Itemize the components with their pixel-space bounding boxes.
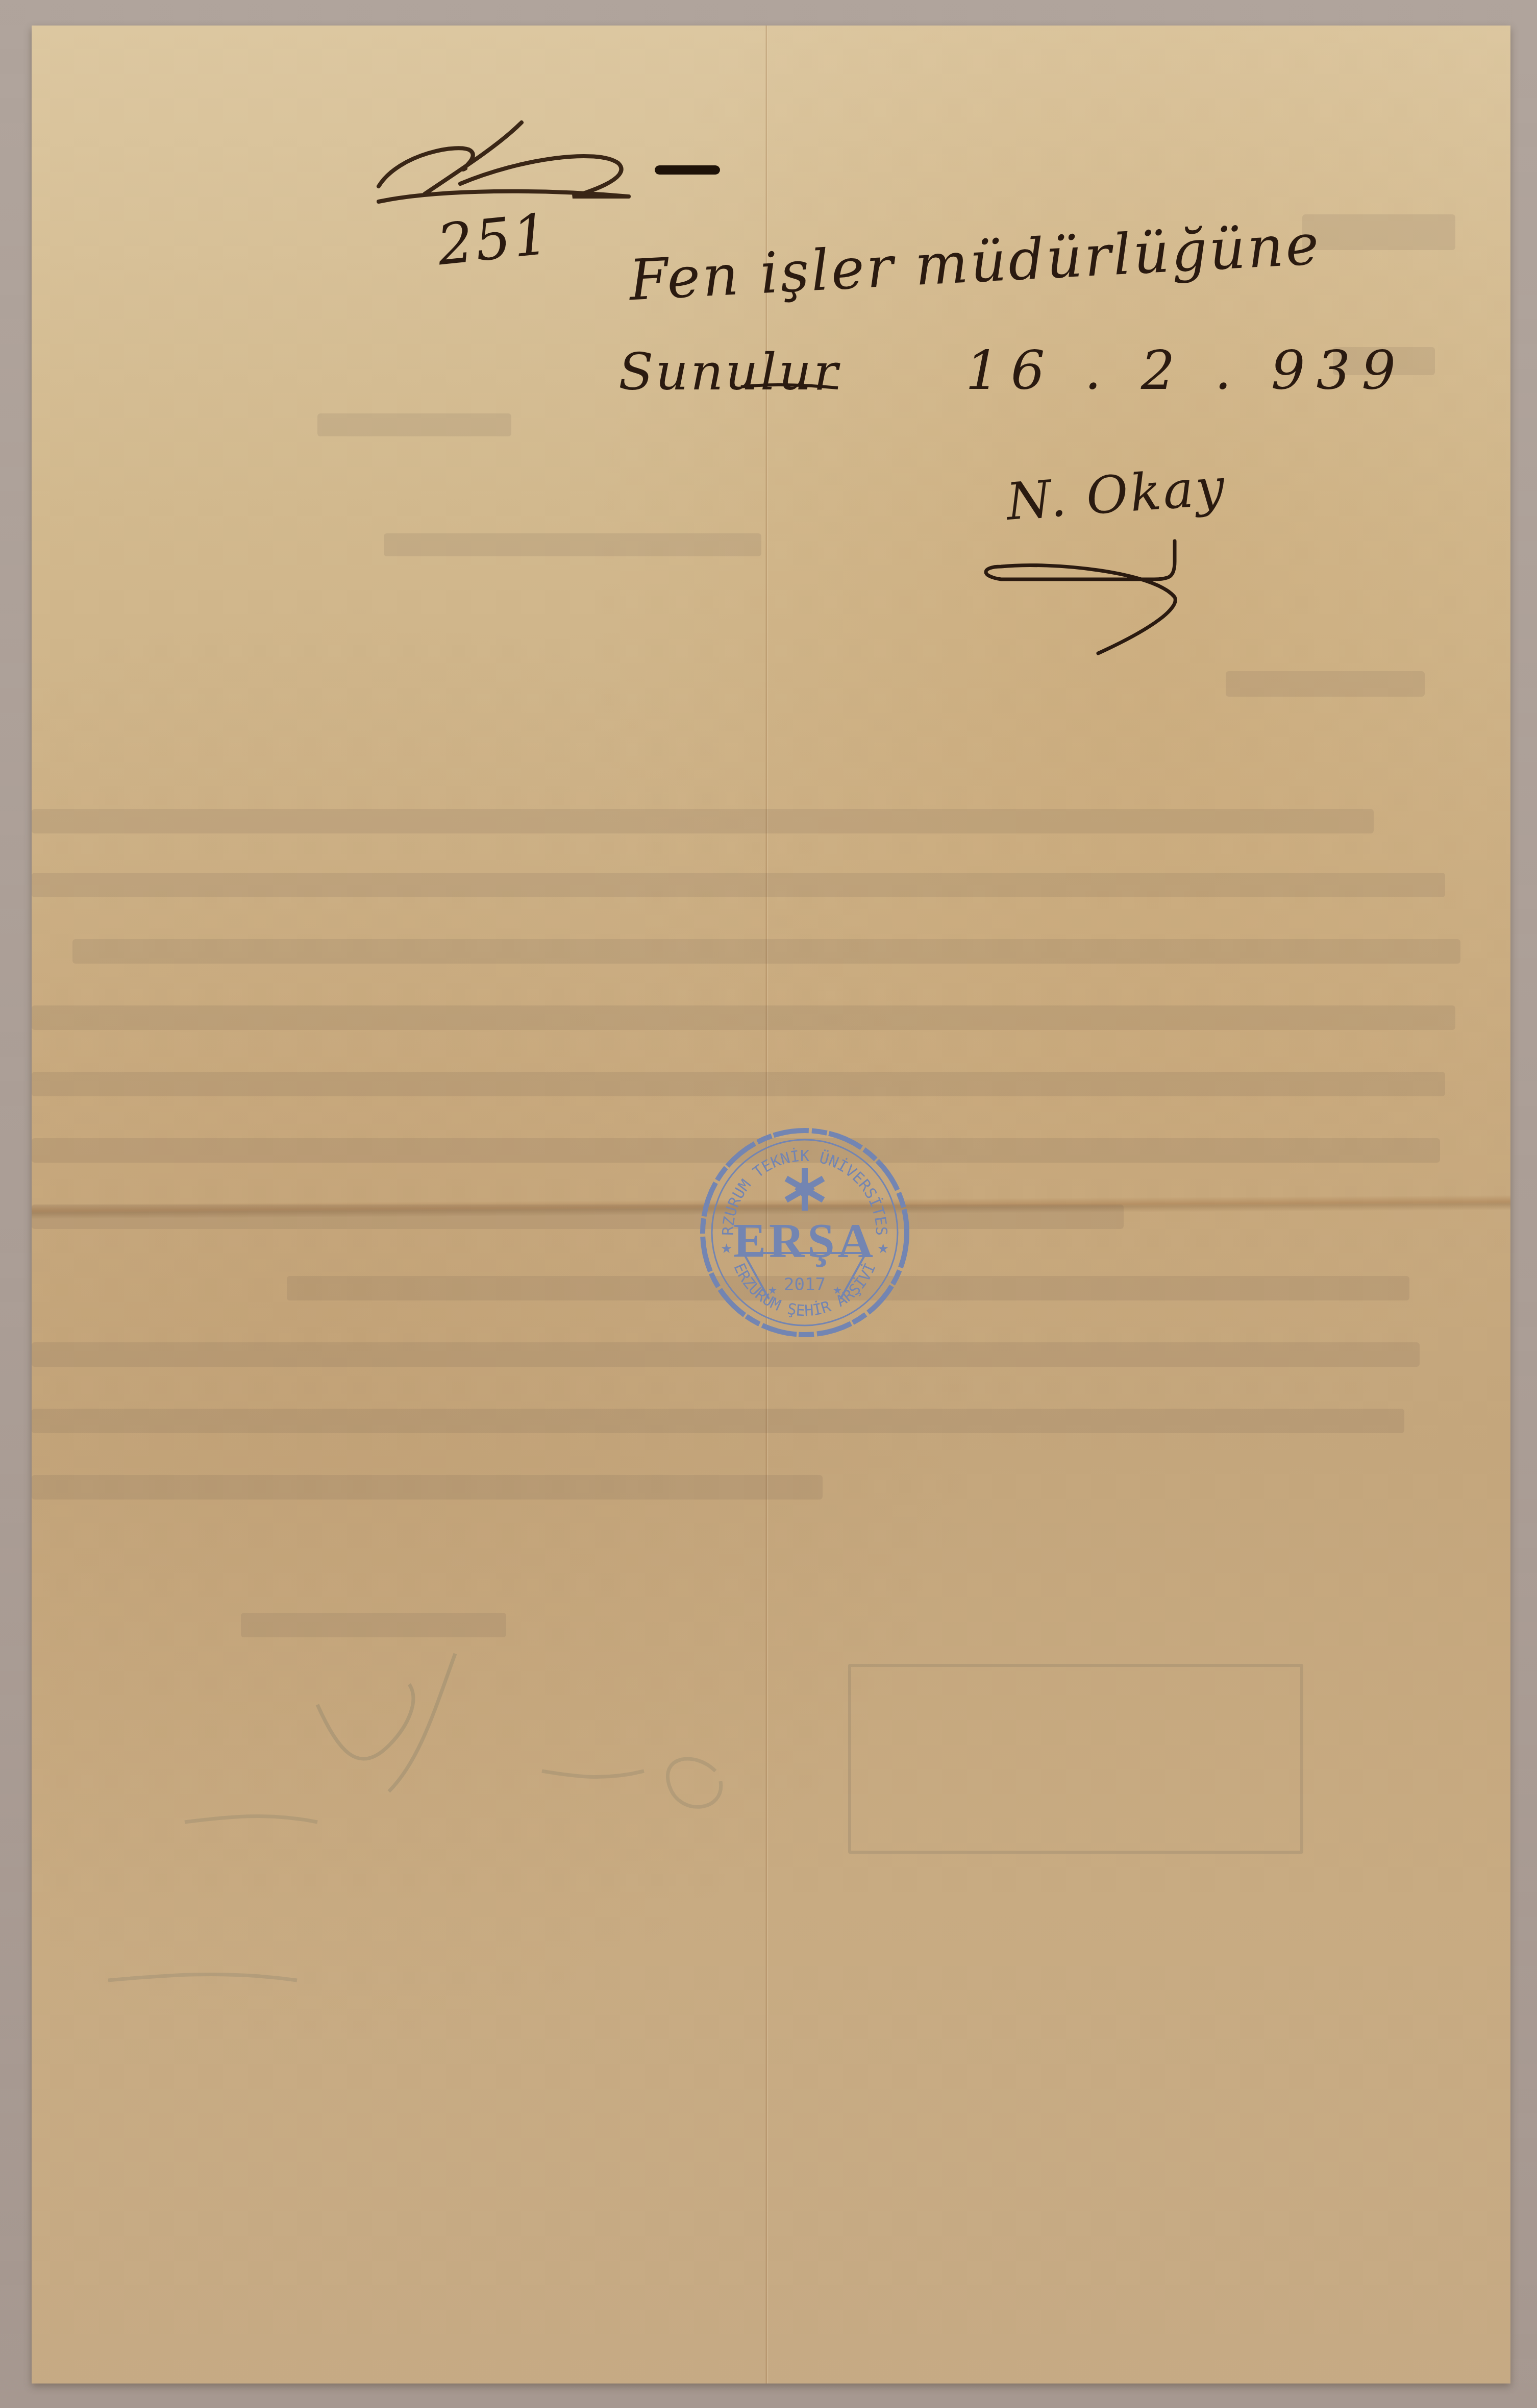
action-note: Sunulur [618,342,840,402]
stamp-year: 2017 [698,1274,912,1295]
scan-background: 251 Fen işler müdürlüğüne Sunulur 16 . 2… [0,0,1537,2408]
document-page: 251 Fen işler müdürlüğüne Sunulur 16 . 2… [32,26,1510,2384]
archive-stamp: ERZURUM TEKNİK ÜNİVERSİTESİ ERZURUM ŞEHİ… [698,1125,912,1340]
snowflake-emblem-icon [785,1168,825,1211]
handwritten-date: 16 . 2 . 939 [965,339,1407,402]
document-number: 251 [434,201,554,278]
stamp-center-text: ERŞA [698,1212,912,1269]
